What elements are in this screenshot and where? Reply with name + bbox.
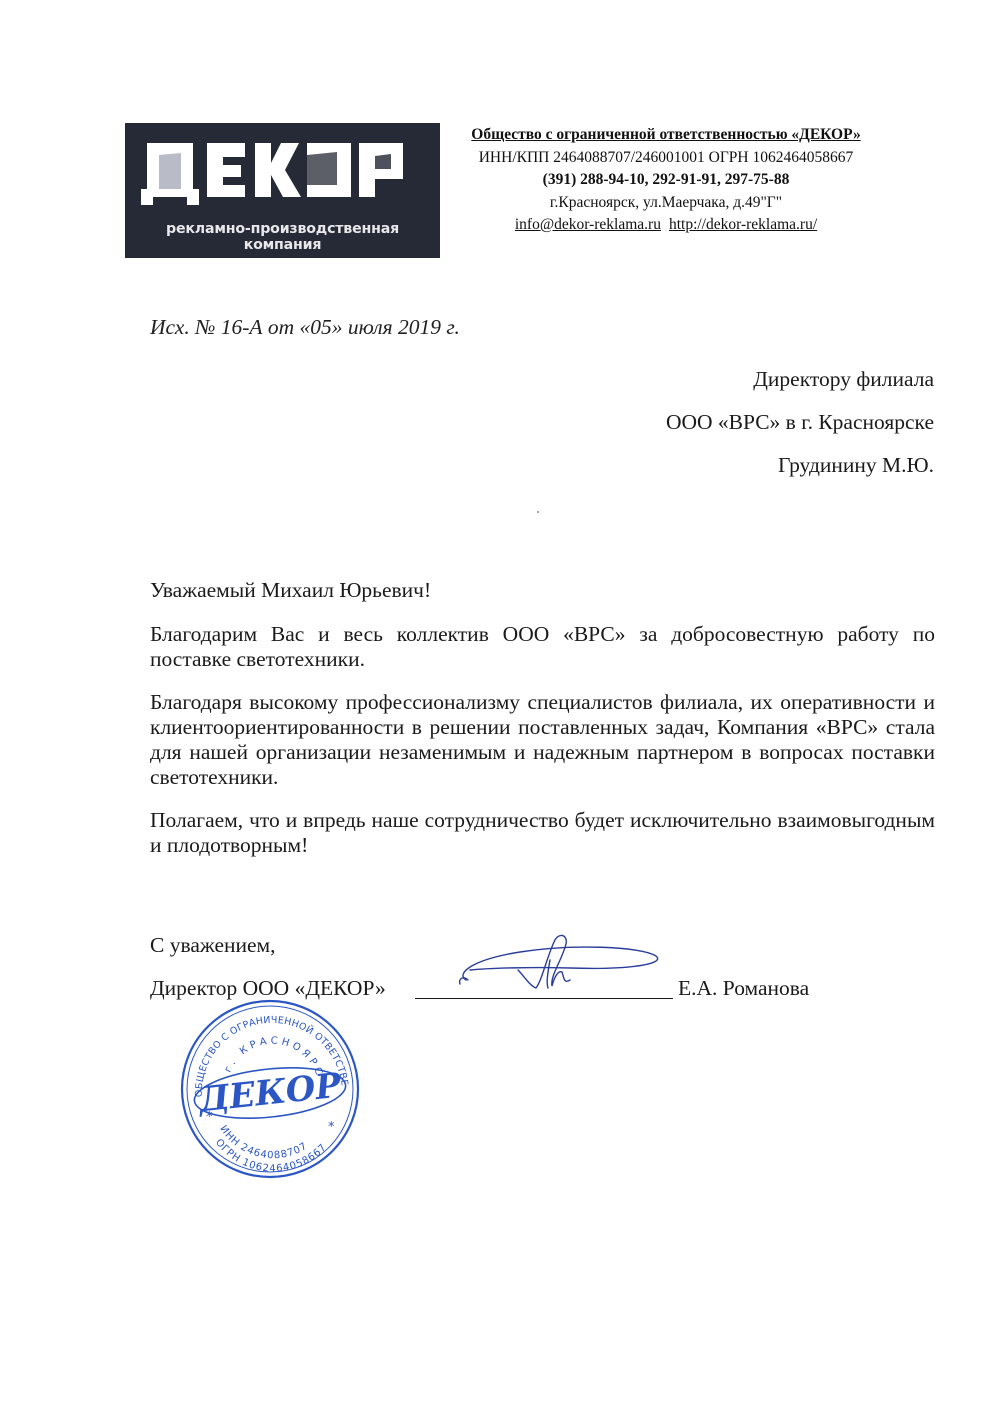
addressee-position: Директору филиала bbox=[666, 358, 934, 401]
logo-wordmark bbox=[141, 143, 424, 205]
stamp-center: ДЕКОР bbox=[195, 1066, 344, 1121]
company-registration: ИНН/КПП 2464088707/246001001 ОГРН 106246… bbox=[448, 147, 884, 170]
scan-speck bbox=[537, 511, 539, 513]
salutation: Уважаемый Михаил Юрьевич! bbox=[150, 578, 935, 603]
company-website-link[interactable]: http://dekor-reklama.ru/ bbox=[669, 216, 817, 233]
letterhead-info: Общество с ограниченной ответственностью… bbox=[448, 124, 884, 237]
company-stamp: ОБЩЕСТВО С ОГРАНИЧЕННОЙ ОТВЕТСТВЕННОСТЬЮ… bbox=[178, 997, 363, 1182]
company-name: Общество с ограниченной ответственностью… bbox=[448, 124, 884, 147]
addressee-organization: ООО «ВРС» в г. Красноярске bbox=[666, 401, 934, 444]
outgoing-reference: Исх. № 16-А от «05» июля 2019 г. bbox=[150, 315, 460, 340]
company-email-link[interactable]: info@dekor-reklama.ru bbox=[515, 216, 661, 233]
logo-letter-e bbox=[207, 143, 245, 197]
logo-letter-r bbox=[359, 143, 403, 197]
company-logo: рекламно-производственная компания bbox=[125, 123, 440, 258]
letter-body: Уважаемый Михаил Юрьевич! Благодарим Вас… bbox=[150, 578, 935, 876]
logo-letter-k bbox=[255, 143, 301, 197]
signatory-name: Е.А. Романова bbox=[678, 976, 809, 1001]
addressee-name: Грудинину М.Ю. bbox=[666, 444, 934, 487]
addressee-block: Директору филиала ООО «ВРС» в г. Красноя… bbox=[666, 358, 934, 487]
logo-letter-d bbox=[141, 143, 199, 205]
logo-letter-o bbox=[307, 143, 351, 197]
handwritten-signature bbox=[450, 930, 670, 1000]
body-paragraph: Благодаря высокому профессионализму спец… bbox=[150, 690, 935, 790]
closing-regards: С уважением, bbox=[150, 933, 276, 958]
logo-tagline: рекламно-производственная компания bbox=[125, 221, 440, 253]
company-phones: (391) 288-94-10, 292-91-91, 297-75-88 bbox=[448, 169, 884, 192]
company-address: г.Красноярск, ул.Маерчака, д.49"Г" bbox=[448, 192, 884, 215]
body-paragraph: Полагаем, что и впредь наше сотрудничест… bbox=[150, 808, 935, 858]
stamp-star-left: * bbox=[206, 1110, 213, 1125]
body-paragraph: Благодарим Вас и весь коллектив ООО «ВРС… bbox=[150, 622, 935, 672]
stamp-star-right: * bbox=[328, 1120, 335, 1135]
company-links: info@dekor-reklama.ruhttp://dekor-reklam… bbox=[448, 214, 884, 237]
